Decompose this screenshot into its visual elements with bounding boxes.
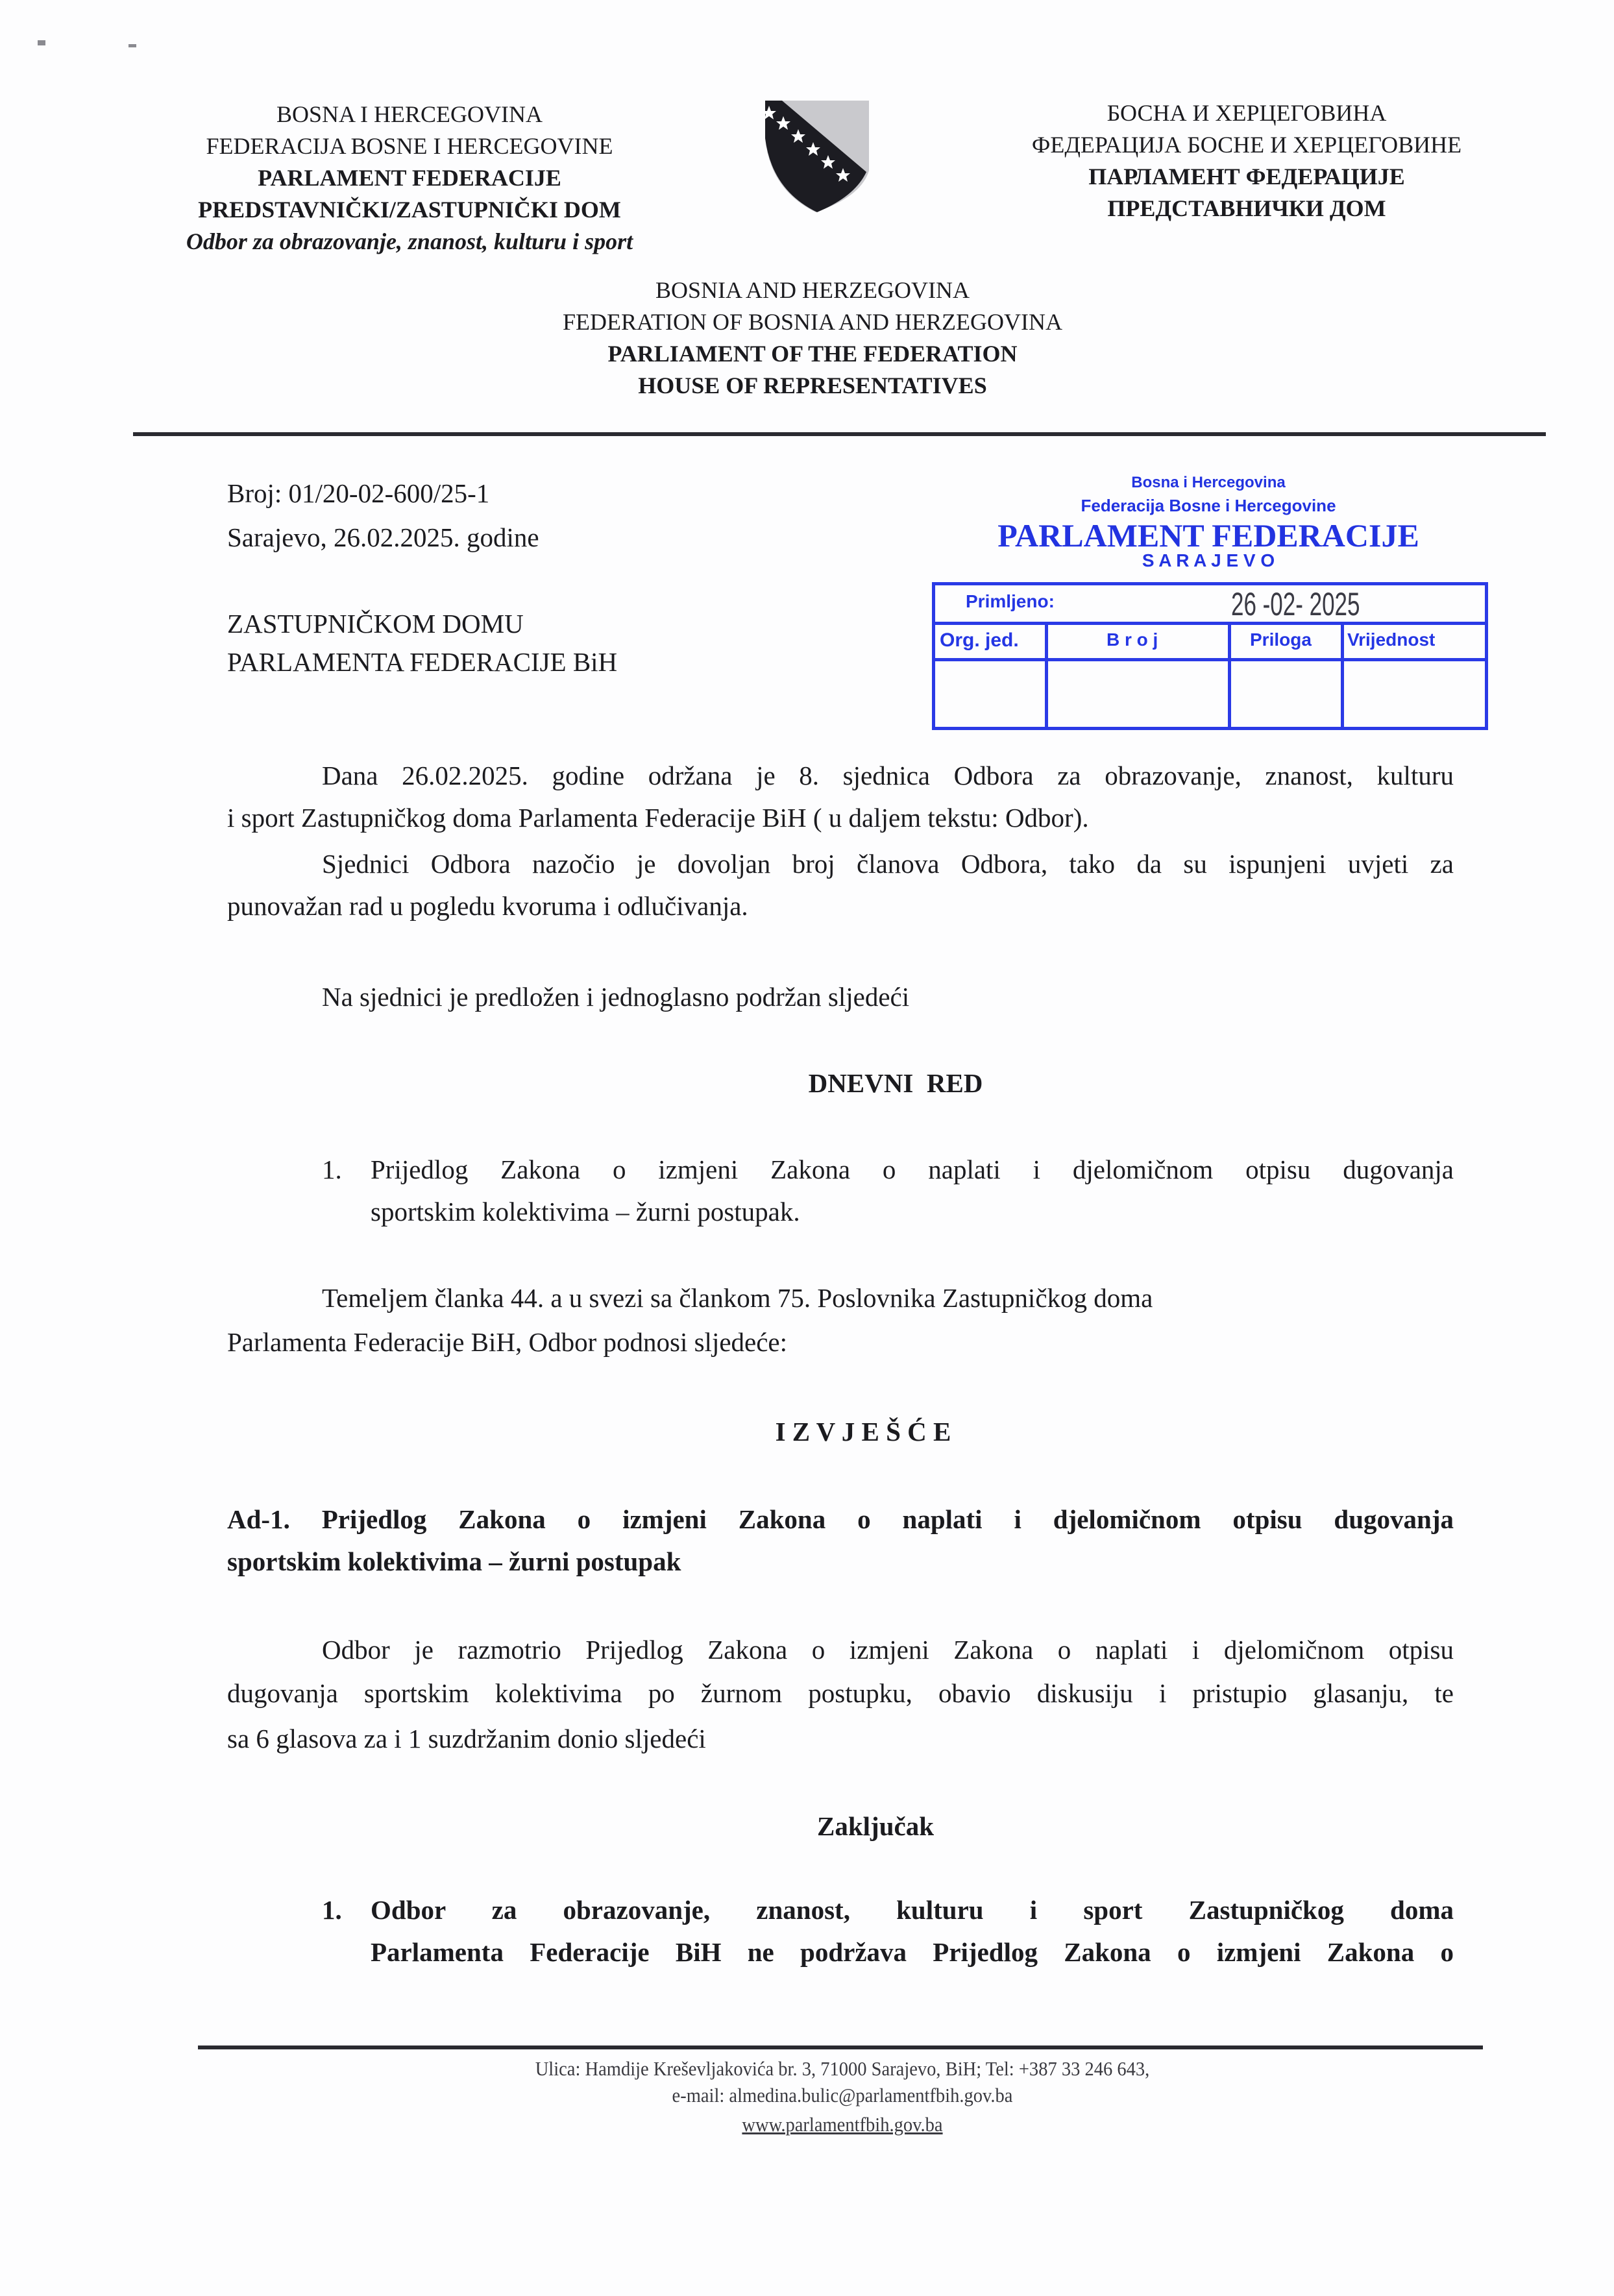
conclusion-title: Zaključak bbox=[817, 1811, 934, 1842]
header-right-federation: ФЕДЕРАЦИЈА БОСНЕ И ХЕРЦЕГОВИНЕ bbox=[987, 129, 1506, 161]
stamp-col-value: Vrijednost bbox=[1347, 629, 1435, 650]
header-right-parliament: ПАРЛАМЕНТ ФЕДЕРАЦИЈЕ bbox=[987, 161, 1506, 193]
stamp-col-attachments: Priloga bbox=[1250, 629, 1312, 650]
recipient-line1: ZASTUPNIČKOM DOMU bbox=[227, 608, 524, 639]
header-center-parliament: PARLIAMENT OF THE FEDERATION bbox=[488, 338, 1137, 370]
stamp-col-number: B r o j bbox=[1107, 629, 1158, 650]
paragraph-legal-basis-line1: Temeljem članka 44. a u svezi sa člankom… bbox=[322, 1282, 1153, 1313]
coat-of-arms-icon bbox=[764, 99, 870, 214]
paragraph-discussion-line3: sa 6 glasova za i 1 suzdržanim donio slj… bbox=[227, 1723, 706, 1754]
stamp-city: S A R A J E V O bbox=[1142, 550, 1275, 571]
header-left-house: PREDSTAVNIČKI/ZASTUPNIČKI DOM bbox=[150, 194, 669, 226]
header-divider bbox=[133, 432, 1546, 436]
conclusion-item-line1: Odbor za obrazovanje, znanost, kulturu i… bbox=[371, 1894, 1454, 1925]
stamp-federation: Federacija Bosne i Hercegovine bbox=[1081, 496, 1336, 516]
stamp-col-divider bbox=[1341, 622, 1344, 730]
agenda-item-number: 1. bbox=[322, 1154, 342, 1185]
paragraph-quorum-line1: Sjednici Odbora nazočio je dovoljan broj… bbox=[322, 848, 1454, 879]
header-left-federation: FEDERACIJA BOSNE I HERCEGOVINE bbox=[150, 130, 669, 162]
paragraph-agenda-intro: Na sjednici je predložen i jednoglasno p… bbox=[322, 981, 909, 1012]
footer-email: e-mail: almedina.bulic@parlamentfbih.gov… bbox=[672, 2084, 1013, 2107]
header-center: BOSNIA AND HERZEGOVINA FEDERATION OF BOS… bbox=[488, 275, 1137, 402]
footer-address: Ulica: Hamdije Kreševljakovića br. 3, 71… bbox=[535, 2057, 1150, 2081]
stamp-row-divider bbox=[932, 622, 1488, 625]
header-left-country: BOSNA I HERCEGOVINA bbox=[150, 99, 669, 130]
stamp-received-label: Primljeno: bbox=[966, 591, 1055, 612]
paragraph-quorum-line2: punovažan rad u pogledu kvoruma i odluči… bbox=[227, 890, 748, 922]
header-center-country: BOSNIA AND HERZEGOVINA bbox=[488, 275, 1137, 306]
header-right-house: ПРЕДСТАВНИЧКИ ДОМ bbox=[987, 193, 1506, 225]
header-left: BOSNA I HERCEGOVINA FEDERACIJA BOSNE I H… bbox=[150, 99, 669, 258]
paragraph-discussion-line2: dugovanja sportskim kolektivima po žurno… bbox=[227, 1678, 1454, 1709]
reference-place-date: Sarajevo, 26.02.2025. godine bbox=[227, 522, 539, 553]
agenda-title: DNEVNI RED bbox=[809, 1068, 983, 1099]
paragraph-legal-basis-line2: Parlamenta Federacije BiH, Odbor podnosi… bbox=[227, 1326, 787, 1358]
conclusion-item-number: 1. bbox=[322, 1894, 342, 1925]
stamp-col-org: Org. jed. bbox=[940, 629, 1019, 652]
footer-website-wrap: www.parlamentfbih.gov.ba bbox=[742, 2113, 942, 2136]
paragraph-session-line1: Dana 26.02.2025. godine održana je 8. sj… bbox=[322, 760, 1454, 791]
report-title: I Z V J E Š Ć E bbox=[776, 1416, 951, 1447]
stamp-col-divider bbox=[1228, 622, 1231, 730]
ad1-heading-line2: sportskim kolektivima – žurni postupak bbox=[227, 1546, 681, 1577]
ad1-heading-line1: Ad-1. Prijedlog Zakona o izmjeni Zakona … bbox=[227, 1504, 1454, 1535]
agenda-item-line1: Prijedlog Zakona o izmjeni Zakona o napl… bbox=[371, 1154, 1454, 1185]
reference-number: Broj: 01/20-02-600/25-1 bbox=[227, 478, 489, 509]
header-right-country: БОСНА И ХЕРЦЕГОВИНА bbox=[987, 97, 1506, 129]
stamp-country: Bosna i Hercegovina bbox=[1131, 474, 1285, 492]
stamp-received-date: 26 -02- 2025 bbox=[1231, 585, 1360, 623]
scan-artifact bbox=[38, 40, 45, 45]
stamp-col-divider bbox=[1045, 622, 1048, 730]
header-right: БОСНА И ХЕРЦЕГОВИНА ФЕДЕРАЦИЈА БОСНЕ И Х… bbox=[987, 97, 1506, 225]
footer-website-link[interactable]: www.parlamentfbih.gov.ba bbox=[742, 2113, 942, 2136]
header-left-parliament: PARLAMENT FEDERACIJE bbox=[150, 162, 669, 194]
header-center-house: HOUSE OF REPRESENTATIVES bbox=[488, 370, 1137, 402]
agenda-item-line2: sportskim kolektivima – žurni postupak. bbox=[371, 1196, 800, 1227]
scan-artifact bbox=[128, 44, 136, 47]
stamp-parliament: PARLAMENT FEDERACIJE bbox=[997, 517, 1419, 554]
recipient-line2: PARLAMENTA FEDERACIJE BiH bbox=[227, 646, 617, 678]
header-center-federation: FEDERATION OF BOSNIA AND HERZEGOVINA bbox=[488, 306, 1137, 338]
paragraph-discussion-line1: Odbor je razmotrio Prijedlog Zakona o iz… bbox=[322, 1634, 1454, 1665]
conclusion-item-line2: Parlamenta Federacije BiH ne podržava Pr… bbox=[371, 1936, 1454, 1968]
header-left-committee: Odbor za obrazovanje, znanost, kulturu i… bbox=[150, 226, 669, 258]
paragraph-session-line2: i sport Zastupničkog doma Parlamenta Fed… bbox=[227, 802, 1089, 833]
stamp-row-divider bbox=[932, 658, 1488, 661]
footer-divider bbox=[198, 2046, 1483, 2049]
